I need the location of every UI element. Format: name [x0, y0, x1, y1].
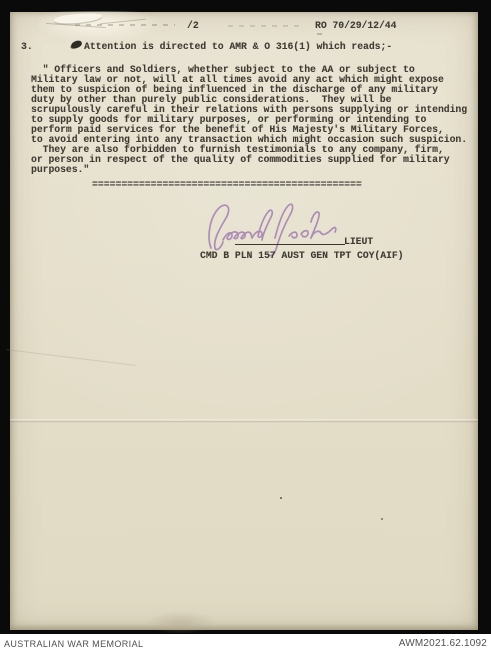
paragraph-number: 3.	[21, 41, 33, 52]
document-page: /2 RO 70/29/12/44 3. Attention is direct…	[10, 12, 478, 630]
archive-name: AUSTRALIAN WAR MEMORIAL	[4, 639, 143, 649]
signature-rank: LIEUT	[344, 236, 373, 247]
paper-speck	[280, 497, 282, 499]
archive-footer: AUSTRALIAN WAR MEMORIAL AWM2021.62.1092	[0, 634, 491, 653]
page-number: /2	[187, 20, 199, 31]
ink-bleedthrough-marks	[228, 25, 300, 27]
archive-accession-number: AWM2021.62.1092	[399, 638, 487, 649]
paper-speck	[381, 518, 383, 520]
paper-fold-line	[10, 419, 478, 423]
paper-stain	[138, 608, 224, 634]
paper-crease-line	[6, 349, 135, 366]
paragraph-intro: Attention is directed to AMR & O 316(1) …	[84, 41, 392, 52]
signature-underline	[235, 234, 345, 245]
separator-line: ========================================…	[92, 179, 362, 190]
signature-unit: CMD B PLN 157 AUST GEN TPT COY(AIF)	[200, 250, 403, 261]
ink-bleedthrough-marks	[75, 24, 175, 26]
quotation-text: " Officers and Soldiers, whether subject…	[31, 65, 467, 175]
ink-bleedthrough-marks	[317, 33, 326, 35]
reference-number: RO 70/29/12/44	[315, 20, 396, 31]
